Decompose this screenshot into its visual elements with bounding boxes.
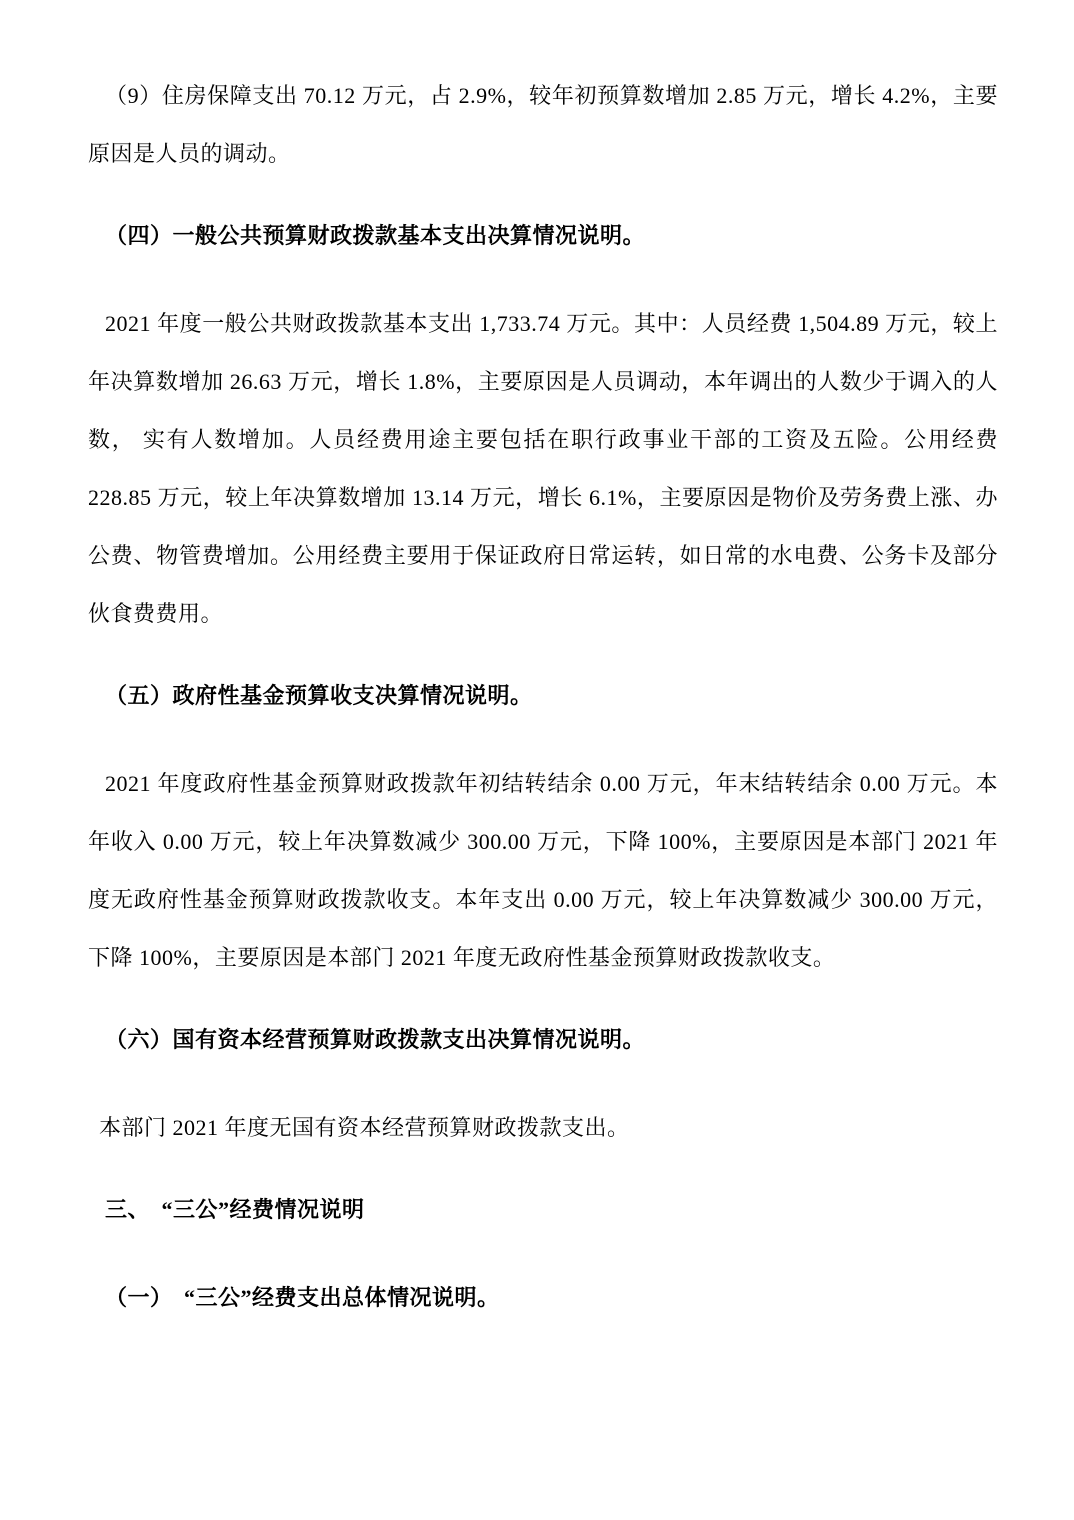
heading-section-5-gov-fund-budget: （五）政府性基金预算收支决算情况说明。 (88, 667, 998, 725)
heading-section-6-state-capital-budget: （六）国有资本经营预算财政拨款支出决算情况说明。 (88, 1011, 998, 1069)
document-page: （9）住房保障支出 70.12 万元，占 2.9%，较年初预算数增加 2.85 … (0, 0, 1074, 1520)
paragraph-housing-expense: （9）住房保障支出 70.12 万元，占 2.9%，较年初预算数增加 2.85 … (88, 67, 998, 183)
heading-section-4-basic-expenditure: （四）一般公共预算财政拨款基本支出决算情况说明。 (88, 207, 998, 265)
paragraph-state-capital-detail: 本部门 2021 年度无国有资本经营预算财政拨款支出。 (88, 1099, 998, 1157)
paragraph-basic-expenditure-detail: 2021 年度一般公共财政拨款基本支出 1,733.74 万元。其中：人员经费 … (88, 295, 998, 643)
heading-part-3-three-public-funds: 三、 “三公”经费情况说明 (88, 1181, 998, 1239)
heading-section-1-three-public-overview: （一） “三公”经费支出总体情况说明。 (88, 1269, 998, 1327)
paragraph-gov-fund-detail: 2021 年度政府性基金预算财政拨款年初结转结余 0.00 万元，年末结转结余 … (88, 755, 998, 987)
